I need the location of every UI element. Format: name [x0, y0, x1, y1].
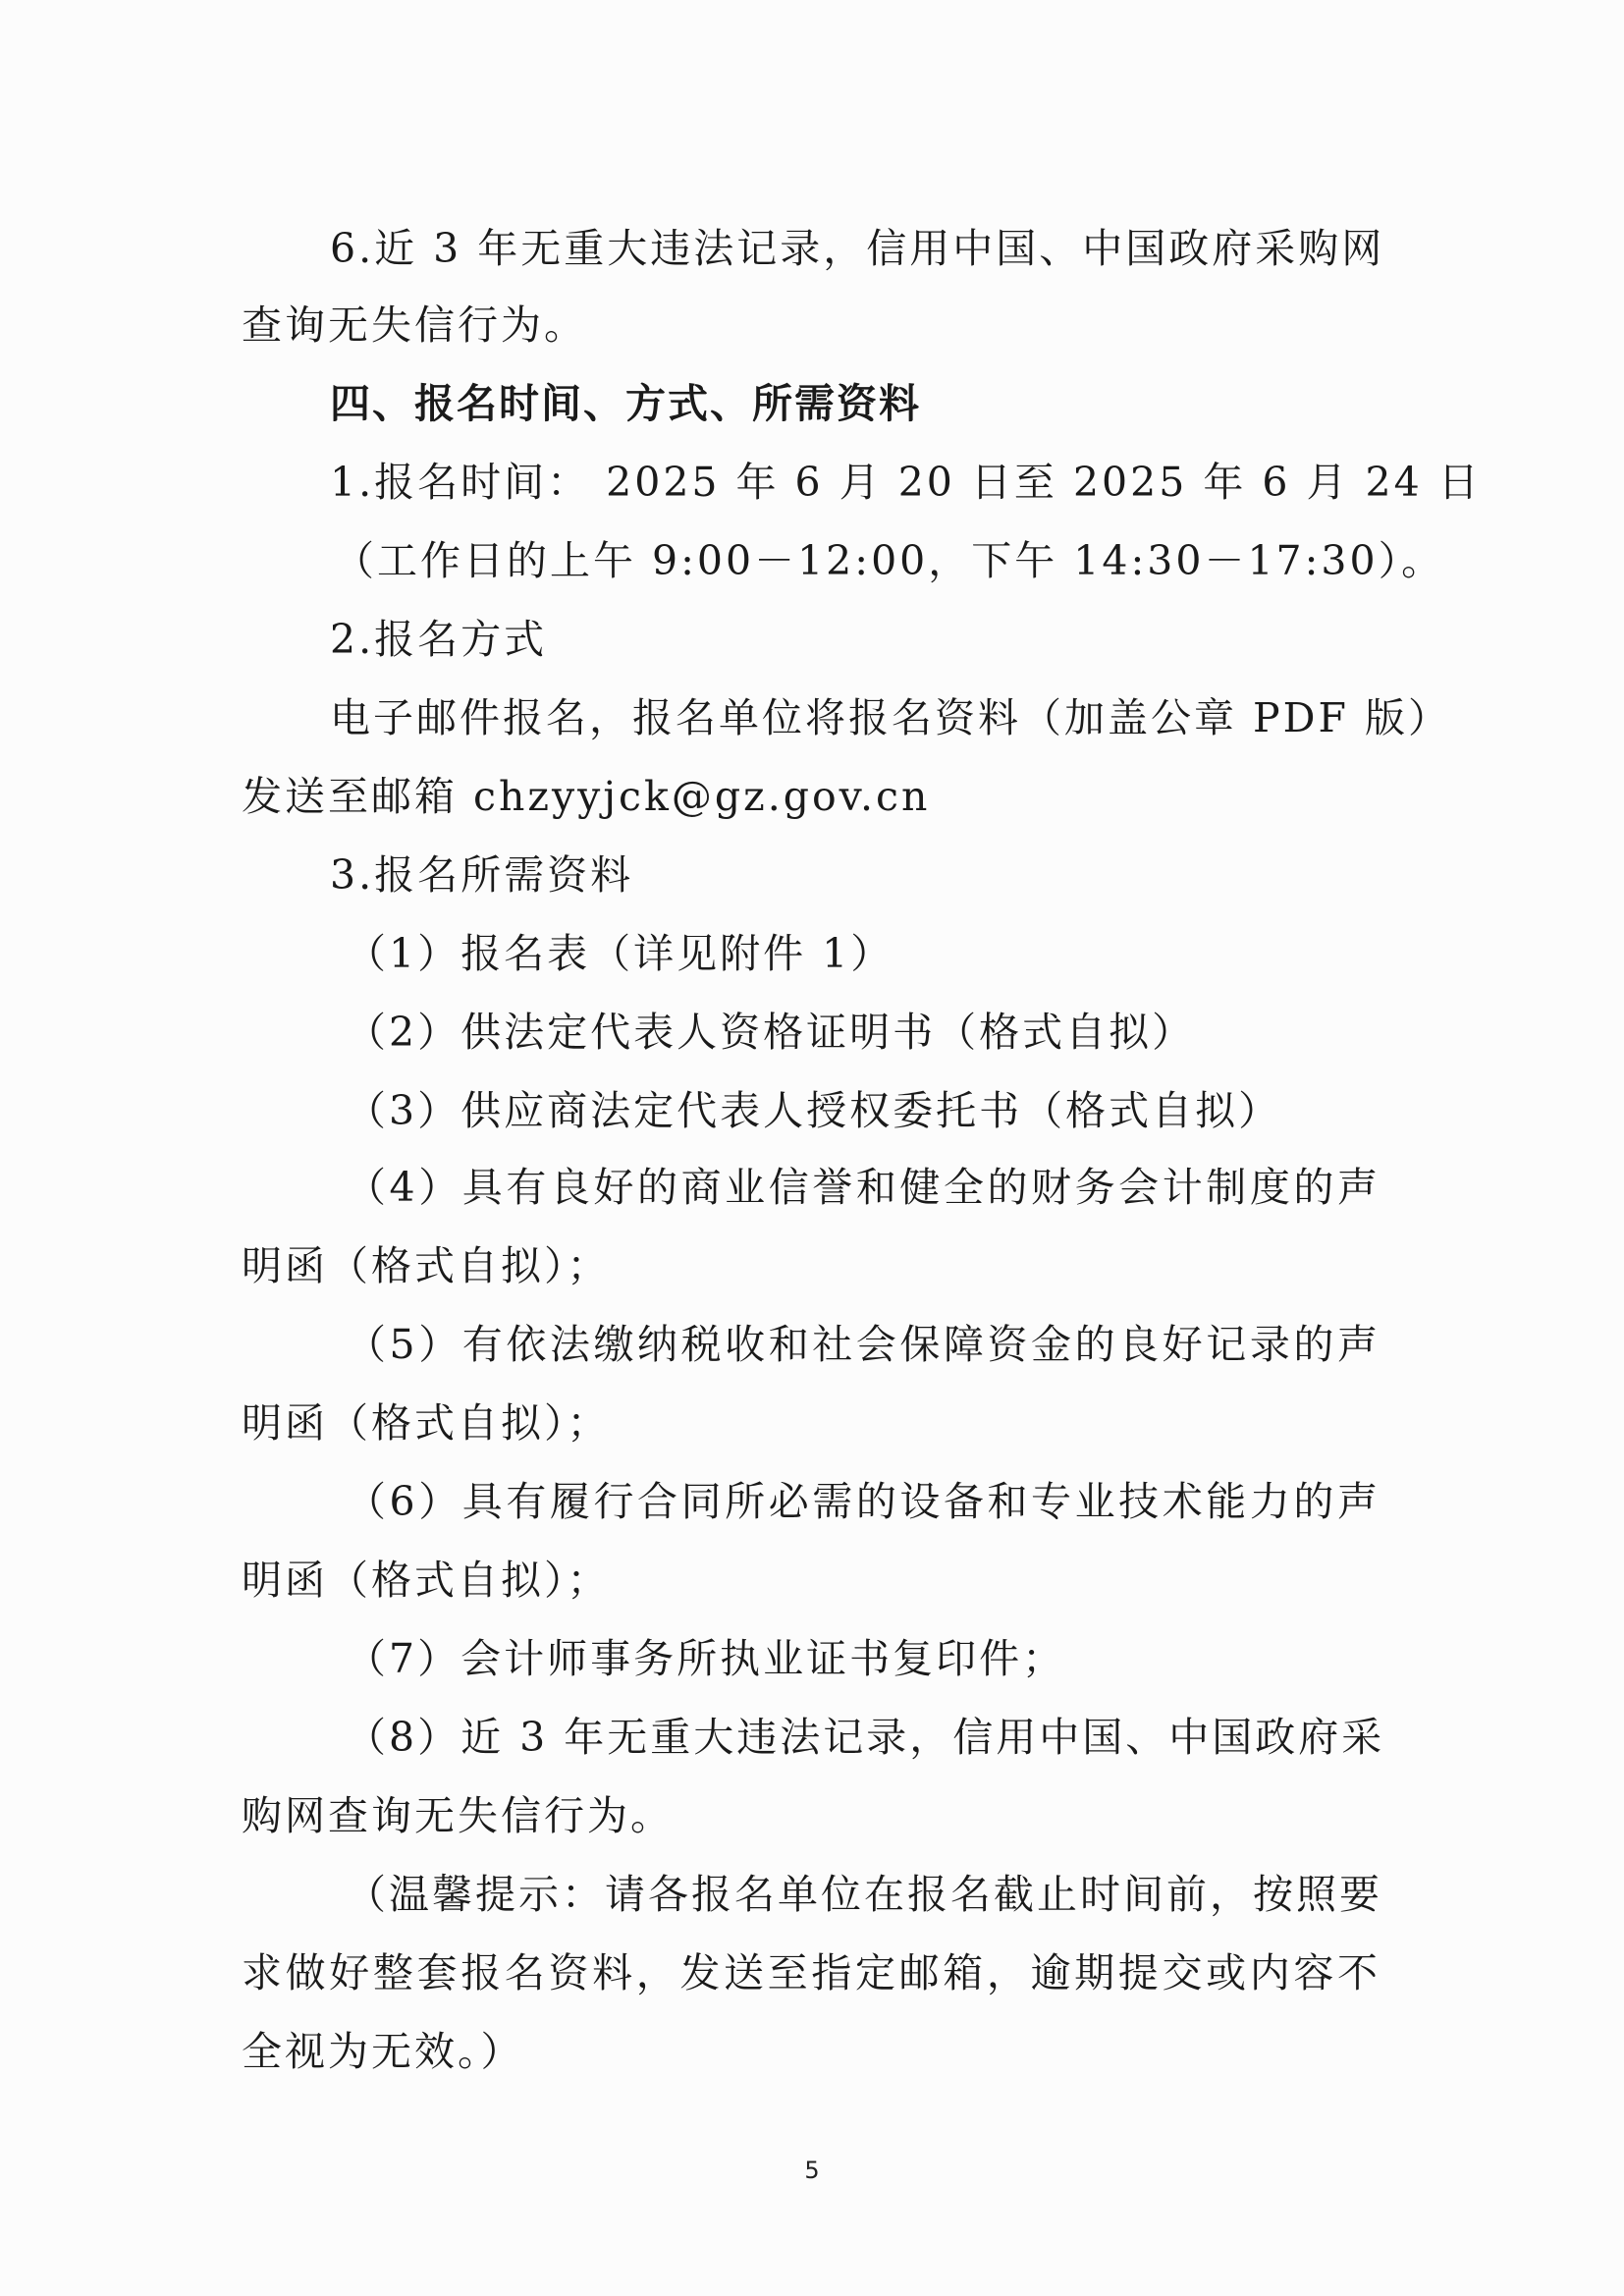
registration-method-line-2: 发送至邮箱 chzyyjck@gz.gov.cn — [242, 774, 1380, 819]
material-item-4-line-2: 明函（格式自拟）； — [242, 1243, 1380, 1288]
paragraph-6-line-2: 查询无失信行为。 — [242, 302, 1380, 348]
section-heading: 四、报名时间、方式、所需资料 — [330, 381, 1380, 426]
material-item-6-line-1: （6）具有履行合同所必需的设备和专业技术能力的声 — [346, 1479, 1380, 1524]
reminder-line-3: 全视为无效。） — [242, 2029, 1380, 2074]
registration-method-title: 2.报名方式 — [330, 617, 1380, 662]
page-number: 5 — [0, 2157, 1624, 2184]
material-item-8-line-2: 购网查询无失信行为。 — [242, 1793, 1380, 1838]
material-item-4-line-1: （4）具有良好的商业信誉和健全的财务会计制度的声 — [346, 1165, 1380, 1210]
document-page: 6.近 3 年无重大违法记录，信用中国、中国政府采购网 查询无失信行为。 四、报… — [0, 0, 1624, 2296]
required-materials-title: 3.报名所需资料 — [330, 852, 1380, 898]
material-item-7: （7）会计师事务所执业证书复印件； — [346, 1636, 1380, 1681]
material-item-8-line-1: （8）近 3 年无重大违法记录，信用中国、中国政府采 — [346, 1715, 1380, 1760]
registration-time-line-2: （工作日的上午 9:00－12:00，下午 14:30－17:30）。 — [334, 538, 1369, 583]
material-item-6-line-2: 明函（格式自拟）； — [242, 1558, 1380, 1603]
registration-time-line-1: 1.报名时间： 2025 年 6 月 20 日至 2025 年 6 月 24 日 — [330, 460, 1380, 505]
material-item-3: （3）供应商法定代表人授权委托书（格式自拟） — [346, 1088, 1380, 1133]
reminder-line-2: 求做好整套报名资料，发送至指定邮箱，逾期提交或内容不 — [242, 1950, 1380, 1995]
material-item-5-line-2: 明函（格式自拟）； — [242, 1400, 1380, 1446]
material-item-2: （2）供法定代表人资格证明书（格式自拟） — [346, 1010, 1380, 1055]
reminder-line-1: （温馨提示：请各报名单位在报名截止时间前，按照要 — [346, 1872, 1380, 1917]
material-item-5-line-1: （5）有依法缴纳税收和社会保障资金的良好记录的声 — [346, 1322, 1380, 1367]
registration-method-line-1: 电子邮件报名，报名单位将报名资料（加盖公章 PDF 版） — [330, 695, 1380, 740]
material-item-1: （1）报名表（详见附件 1） — [346, 931, 1380, 976]
paragraph-6-line-1: 6.近 3 年无重大违法记录，信用中国、中国政府采购网 — [330, 226, 1380, 271]
